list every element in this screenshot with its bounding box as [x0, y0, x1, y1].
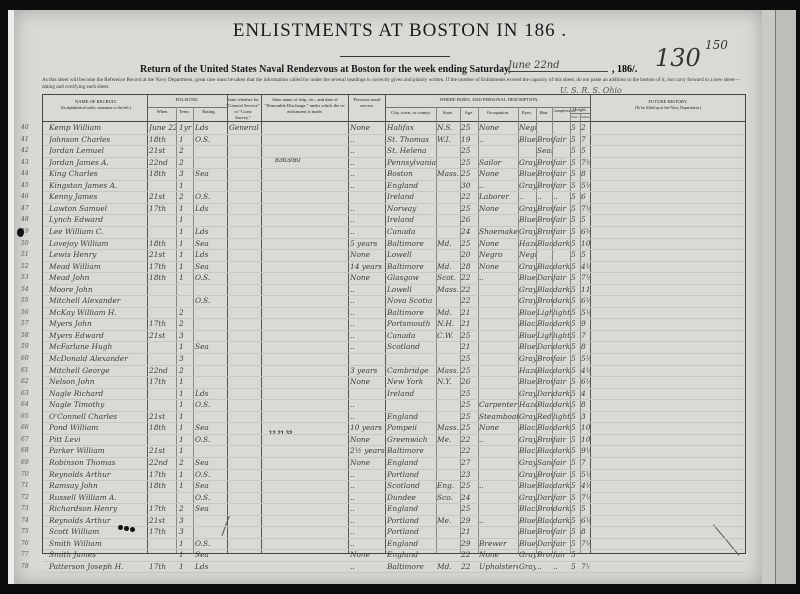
occupation: ..: [479, 481, 518, 490]
age: 25: [461, 158, 478, 167]
occupation: ..: [479, 516, 518, 525]
birthplace-city: Glasgow: [387, 273, 436, 282]
row-number: 47: [21, 205, 29, 212]
row-number: 63: [21, 390, 29, 397]
birthplace-city: Ireland: [387, 215, 436, 224]
enlisted-when: 18th: [149, 423, 176, 432]
recruit-name: Nelson John: [49, 377, 145, 386]
age: 24: [461, 493, 478, 502]
hair: Dark: [537, 342, 552, 351]
rating: Lds: [195, 227, 225, 236]
enlisted-term: 1: [179, 470, 193, 479]
enlisted-term: 2: [179, 146, 193, 155]
age: 29: [461, 516, 478, 525]
eyes: Gray: [519, 389, 536, 398]
header-state: State.: [436, 110, 460, 116]
birthplace-state: Mass.: [437, 285, 460, 294]
birthplace-state: Sco.: [437, 493, 460, 502]
height-inches: 9: [581, 319, 590, 328]
previous-service: None: [350, 250, 385, 259]
complexion: fair: [553, 458, 570, 467]
birthplace-state: Mass.: [437, 423, 460, 432]
age: 25: [461, 123, 478, 132]
row-number: 70: [21, 471, 29, 478]
row-rule: [43, 399, 745, 400]
enlisted-term: 2: [179, 504, 193, 513]
age: 19: [461, 135, 478, 144]
hair: Black: [537, 516, 552, 525]
enlisted-term: 1: [179, 215, 193, 224]
enlisted-term: 1yr: [179, 123, 193, 132]
header-rating: Rating.: [193, 109, 225, 115]
hair: Dark: [537, 389, 552, 398]
birthplace-state: N.Y.: [437, 377, 460, 386]
hair: Black: [537, 285, 552, 294]
occupation: Laborer: [479, 192, 518, 201]
complexion: fair: [553, 354, 570, 363]
row-number: 66: [21, 424, 29, 431]
age: 27: [461, 458, 478, 467]
age: 28: [461, 262, 478, 271]
height-inches: 8: [581, 400, 590, 409]
complexion: fair: [553, 493, 570, 502]
height-inches: 10: [581, 435, 590, 444]
header-future-sub: (To be filled up at the Navy Department.…: [593, 105, 743, 111]
enlisted-term: 1: [179, 481, 193, 490]
birthplace-city: Ireland: [387, 192, 436, 201]
enlisted-term: 3: [179, 527, 193, 536]
age: 25: [461, 481, 478, 490]
height-feet: 5: [571, 308, 580, 317]
previous-service: ..: [350, 481, 385, 490]
row-number: 45: [21, 182, 29, 189]
row-number: 51: [21, 251, 29, 258]
rating: Sea: [195, 504, 225, 513]
eyes: Blue: [519, 308, 536, 317]
age: 22: [461, 273, 478, 282]
height-feet: 5: [571, 319, 580, 328]
row-number: 74: [21, 517, 29, 524]
height-feet: 5: [571, 354, 580, 363]
birthplace-city: Scotland: [387, 342, 436, 351]
enlisted-when: 21st: [149, 250, 176, 259]
enlisted-when: 21st: [149, 446, 176, 455]
height-feet: 5: [571, 158, 580, 167]
height-inches: 6: [581, 192, 590, 201]
complexion: dark: [553, 481, 570, 490]
col-rule: [348, 95, 349, 553]
complexion: fair: [553, 227, 570, 236]
height-inches: 9½: [581, 446, 590, 455]
height-inches: 5: [581, 250, 590, 259]
age: 21: [461, 527, 478, 536]
eyes: Gray: [519, 262, 536, 271]
birthplace-state: Md.: [437, 562, 460, 571]
enlisted-term: 1: [179, 400, 193, 409]
enlisted-when: 17th: [149, 204, 176, 213]
eyes: Gray: [519, 493, 536, 502]
recruit-name: Russell William A.: [49, 493, 145, 502]
recruit-name: Parker William: [49, 446, 145, 455]
recruit-name: Mead William: [49, 262, 145, 271]
enlisted-term: 1: [179, 342, 193, 351]
birthplace-city: New York: [387, 377, 436, 386]
row-number: 68: [21, 447, 29, 454]
previous-service: ..: [350, 215, 385, 224]
enlisted-when: 17th: [149, 262, 176, 271]
occupation: ..: [479, 181, 518, 190]
header-future-history: FUTURE HISTORY. (To be filled up at the …: [593, 99, 743, 111]
occupation: Negro: [479, 250, 518, 259]
birthplace-state: Mass.: [437, 169, 460, 178]
previous-service: 3 years: [350, 366, 385, 375]
hair: Black: [537, 239, 552, 248]
height-feet: 5: [571, 412, 580, 421]
eyes: Negro: [519, 123, 536, 132]
recruit-name: Lewis Henry: [49, 250, 145, 259]
title-divider: [340, 56, 450, 57]
complexion: dark: [553, 366, 570, 375]
hair: Brown: [537, 158, 552, 167]
height-feet: 5: [571, 446, 580, 455]
col-rule: [385, 95, 386, 553]
occupation: Steamboatman: [479, 412, 518, 421]
height-feet: 5: [571, 215, 580, 224]
enlisted-term: 3: [179, 516, 193, 525]
eyes: Gray: [519, 158, 536, 167]
birthplace-city: England: [387, 504, 436, 513]
age: 25: [461, 169, 478, 178]
ink-blot: [124, 526, 129, 531]
height-inches: 7½: [581, 158, 590, 167]
height-feet: 5: [571, 527, 580, 536]
enlisted-when: 22nd: [149, 458, 176, 467]
age: 23: [461, 470, 478, 479]
recruit-name: Nagle Timothy: [49, 400, 145, 409]
recruit-name: Pitt Levi: [49, 435, 145, 444]
height-inches: 8: [581, 527, 590, 536]
eyes: Gray: [519, 354, 536, 363]
age: 25: [461, 239, 478, 248]
row-number: 75: [21, 528, 29, 535]
height-inches: 8: [581, 342, 590, 351]
eyes: Blue: [519, 527, 536, 536]
previous-service: ..: [350, 319, 385, 328]
occupation: ..: [479, 135, 518, 144]
recruit-name: Kenny James: [49, 192, 145, 201]
height-feet: 5: [571, 539, 580, 548]
complexion: fair: [553, 158, 570, 167]
rating: O.S.: [195, 539, 225, 548]
previous-service: ..: [350, 285, 385, 294]
rating: Lds: [195, 562, 225, 571]
enlisted-subdivider: [147, 107, 227, 108]
previous-service: ..: [350, 470, 385, 479]
complexion: light: [553, 331, 570, 340]
complexion: fair: [553, 215, 570, 224]
height-inches: 5½: [581, 181, 590, 190]
enlisted-term: 1: [179, 562, 193, 571]
birthplace-city: Pennsylvania: [387, 158, 436, 167]
previous-service: ..: [350, 146, 385, 155]
age: 25: [461, 146, 478, 155]
recruit-name: Patterson Joseph H.: [49, 562, 145, 571]
ink-blot: [17, 228, 24, 237]
recruit-name: Nagle Richard: [49, 389, 145, 398]
height-feet: 5: [571, 516, 580, 525]
previous-service: ..: [350, 412, 385, 421]
hair: Black: [537, 366, 552, 375]
age: 22: [461, 550, 478, 559]
enlisted-term: 1: [179, 204, 193, 213]
row-number: 46: [21, 193, 29, 200]
height-feet: 5: [571, 562, 580, 571]
row-number: 40: [21, 124, 29, 131]
recruit-name: Jordan James A.: [49, 158, 145, 167]
enlisted-when: June 22nd: [149, 123, 176, 132]
previous-service: ..: [350, 400, 385, 409]
hair: Black: [537, 319, 552, 328]
height-inches: 5: [581, 504, 590, 513]
rating: Sea: [195, 423, 225, 432]
previous-service: ..: [350, 204, 385, 213]
birthplace-state: Scot.: [437, 273, 460, 282]
height-feet: 5: [571, 389, 580, 398]
birthplace-city: Baltimore: [387, 562, 436, 571]
born-subdivider: [385, 107, 590, 108]
previous-service: ..: [350, 539, 385, 548]
recruit-name: Lynch Edward: [49, 215, 145, 224]
complexion: fair: [553, 204, 570, 213]
previous-service: ..: [350, 181, 385, 190]
hair: Brown: [537, 135, 552, 144]
hair: Black: [537, 262, 552, 271]
pen-stroke: [713, 524, 739, 555]
enlisted-term: 1: [179, 181, 193, 190]
height-inches: 7: [581, 458, 590, 467]
previous-service: ..: [350, 562, 385, 571]
birthplace-city: Canada: [387, 331, 436, 340]
header-hair: Hair.: [536, 110, 552, 116]
row-number: 62: [21, 378, 29, 385]
height-inches: 4: [581, 389, 590, 398]
row-number: 57: [21, 320, 29, 327]
birthplace-city: England: [387, 181, 436, 190]
hair: Black: [537, 446, 552, 455]
complexion: fair: [553, 181, 570, 190]
birthplace-state: N.H.: [437, 319, 460, 328]
eyes: Gray: [519, 227, 536, 236]
height-feet: 5: [571, 470, 580, 479]
recruit-name: Myers Edward: [49, 331, 145, 340]
height-feet: 5: [571, 227, 580, 236]
previous-service: None: [350, 458, 385, 467]
birthplace-city: Baltimore: [387, 239, 436, 248]
eyes: Hazel: [519, 366, 536, 375]
eyes: Gray: [519, 550, 536, 559]
enlisted-term: 1: [179, 389, 193, 398]
previous-service: None: [350, 435, 385, 444]
height-feet: 5: [571, 296, 580, 305]
row-number: 61: [21, 367, 29, 374]
header-name-sub: (In alphabetical order, surnames to the …: [45, 105, 147, 111]
enlisted-when: 17th: [149, 527, 176, 536]
birthplace-city: Baltimore: [387, 308, 436, 317]
hair: Dark: [537, 493, 552, 502]
occupation: Brewer: [479, 539, 518, 548]
height-feet: 5: [571, 239, 580, 248]
enlisted-term: 1: [179, 377, 193, 386]
occupation: ..: [479, 435, 518, 444]
height-inches: 5½: [581, 470, 590, 479]
height-feet: 5: [571, 366, 580, 375]
occupation: None: [479, 550, 518, 559]
enlisted-term: 2: [179, 308, 193, 317]
row-number: 54: [21, 286, 29, 293]
row-number: 48: [21, 216, 29, 223]
enlisted-when: 18th: [149, 239, 176, 248]
birthplace-city: Dundee: [387, 493, 436, 502]
height-inches: 4½: [581, 262, 590, 271]
age: 26: [461, 215, 478, 224]
height-inches: 5: [581, 146, 590, 155]
height-inches: 5: [581, 215, 590, 224]
hair: Black: [537, 481, 552, 490]
previous-service: None: [350, 550, 385, 559]
row-number: 43: [21, 159, 29, 166]
recruit-name: Mead John: [49, 273, 145, 282]
enlisted-when: 21st: [149, 331, 176, 340]
rating: O.S.: [195, 296, 225, 305]
age: 25: [461, 504, 478, 513]
enlisted-term: 1: [179, 273, 193, 282]
col-rule: [227, 95, 228, 553]
age: 22: [461, 192, 478, 201]
enlisted-term: 1: [179, 435, 193, 444]
complexion: dark: [553, 262, 570, 271]
birthplace-city: Portland: [387, 516, 436, 525]
complexion: ..: [553, 562, 570, 571]
hair: Light: [537, 331, 552, 340]
complexion: fair: [553, 135, 570, 144]
height-feet: 5: [571, 342, 580, 351]
col-rule: [261, 95, 262, 553]
enlisted-when: 17th: [149, 504, 176, 513]
birthplace-state: Md.: [437, 262, 460, 271]
complexion: dark: [553, 342, 570, 351]
height-inches: 7½: [581, 273, 590, 282]
occupation: Shoemaker: [479, 227, 518, 236]
row-number: 71: [21, 482, 29, 489]
recruit-name: Moore John: [49, 285, 145, 294]
eyes: Gray: [519, 204, 536, 213]
birthplace-state: W.I.: [437, 135, 460, 144]
row-number: 60: [21, 355, 29, 362]
row-number: 59: [21, 343, 29, 350]
enlisted-term: 1: [179, 227, 193, 236]
recruit-name: Pond William: [49, 423, 145, 432]
complexion: dark: [553, 423, 570, 432]
row-number: 73: [21, 505, 29, 512]
enlisted-term: 1: [179, 135, 193, 144]
height-inches: 7: [581, 135, 590, 144]
hair: Brown: [537, 227, 552, 236]
header-general-service: State whether for "General Service" or "…: [226, 97, 260, 121]
enlisted-when: 21st: [149, 516, 176, 525]
complexion: fair: [553, 377, 570, 386]
row-number: 72: [21, 494, 29, 501]
hair: ..: [537, 562, 552, 571]
row-number: 78: [21, 563, 29, 570]
enlisted-term: 2: [179, 458, 193, 467]
eyes: Blue: [519, 169, 536, 178]
enlisted-term: 1: [179, 539, 193, 548]
enlisted-term: 2: [179, 319, 193, 328]
height-inches: 7: [581, 331, 590, 340]
recruit-name: King Charles: [49, 169, 145, 178]
row-number: 76: [21, 540, 29, 547]
row-number: 50: [21, 240, 29, 247]
hair: Brown: [537, 527, 552, 536]
height-feet: 5: [571, 169, 580, 178]
previous-service: 14 years: [350, 262, 385, 271]
rating: O.S.: [195, 273, 225, 282]
header-age: Age.: [460, 110, 478, 116]
age: 25: [461, 204, 478, 213]
complexion: ..: [553, 192, 570, 201]
row-number: 53: [21, 274, 29, 281]
eyes: Black: [519, 423, 536, 432]
page-edge-back: [775, 10, 796, 584]
general-service: General: [229, 123, 261, 132]
ink-blot: [130, 527, 135, 532]
occupation: Sailor: [479, 158, 518, 167]
enlisted-term: 1: [179, 550, 193, 559]
rating: Lds: [195, 250, 225, 259]
enlisted-term: 1: [179, 262, 193, 271]
complexion: dark: [553, 446, 570, 455]
age: 20: [461, 250, 478, 259]
occupation: None: [479, 423, 518, 432]
birthplace-city: St. Thomas: [387, 135, 436, 144]
recruit-name: McDonald Alexander: [49, 354, 145, 363]
birthplace-state: Mass.: [437, 366, 460, 375]
enlisted-term: 2: [179, 192, 193, 201]
page-number: 130: [655, 44, 701, 72]
rating: O.S.: [195, 493, 225, 502]
birthplace-city: England: [387, 550, 436, 559]
header-divider: [43, 121, 745, 122]
birthplace-state: Md.: [437, 239, 460, 248]
complexion: fair: [553, 539, 570, 548]
age: 22: [461, 446, 478, 455]
recruit-name: Smith James: [49, 550, 145, 559]
enlisted-term: 2: [179, 158, 193, 167]
hair: Brown: [537, 296, 552, 305]
age: 22: [461, 435, 478, 444]
recruit-name: Kemp William: [49, 123, 145, 132]
birthplace-city: Portland: [387, 527, 436, 536]
birthplace-city: Greenwich: [387, 435, 436, 444]
row-number: 58: [21, 332, 29, 339]
complexion: dark: [553, 400, 570, 409]
eyes: Blue: [519, 331, 536, 340]
birthplace-city: England: [387, 458, 436, 467]
height-inches: 6½: [581, 377, 590, 386]
recruit-name: Reynolds Arthur: [49, 516, 145, 525]
eyes: Blue: [519, 516, 536, 525]
height-feet: 5: [571, 435, 580, 444]
